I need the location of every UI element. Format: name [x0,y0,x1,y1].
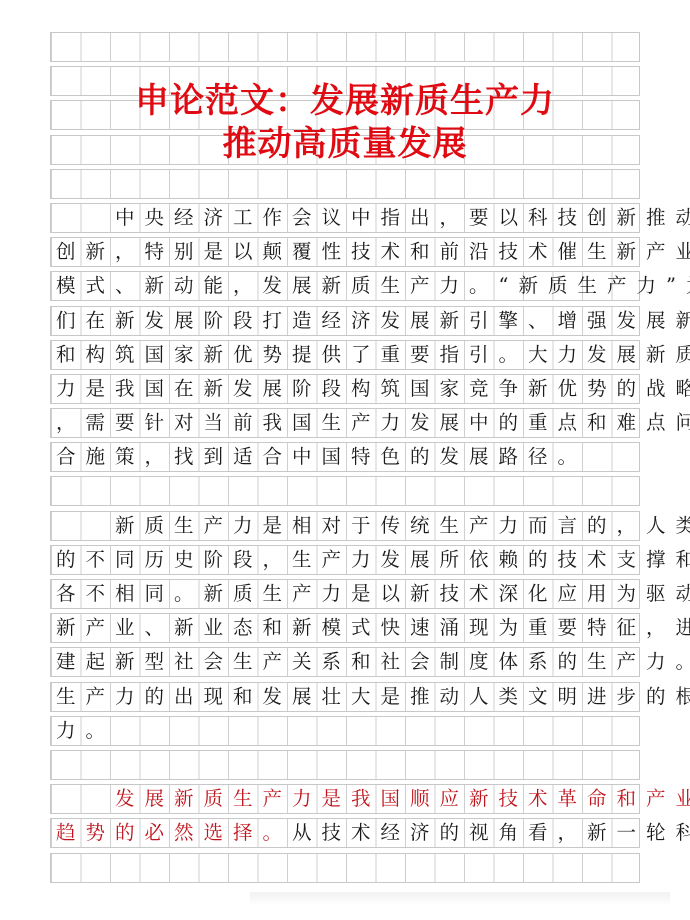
row-text [51,477,56,505]
paragraph-3-line: 发展新质生产力是我国顺应新技术革命和产业变革 [50,784,640,814]
row-text: 中央经济工作会议中指出，要以科技创新推动产业 [51,204,690,232]
title-line-2: 推动高质量发展 [0,123,690,165]
row-text: 新产业、新业态和新模式快速涌现为重要特征，进而构 [51,614,690,642]
title-line-1: 申论范文：发展新质生产力 [0,80,690,122]
grid-row [50,169,640,199]
paragraph-1-line: 创新，特别是以颠覆性技术和前沿技术催生新产业、新 [50,237,640,267]
paragraph-1-line: ，需要针对当前我国生产力发展中的重点和难点问题综 [50,408,640,438]
paragraph-2-line: 力。 [50,716,640,746]
row-text: 的不同历史阶段，生产力发展所依赖的技术支撑和工具 [51,546,690,574]
grid-row [50,853,640,883]
paragraph-2-line: 新质生产力是相对于传统生产力而言的，人类社会 [50,511,640,541]
highlighted-text: 趋势的必然选择。 [56,821,292,844]
grid-row [50,476,640,506]
paragraph-1-line: 们在新发展阶段打造经济发展新引擎、增强发展新动能 [50,306,640,336]
paragraph-1-line: 模式、新动能，发展新质生产力。“新质生产力”为我 [50,271,640,301]
paragraph-2-line: 新产业、新业态和新模式快速涌现为重要特征，进而构 [50,613,640,643]
row-text [51,170,56,198]
row-text: 模式、新动能，发展新质生产力。“新质生产力”为我 [51,272,690,300]
paragraph-1-line: 合施策，找到适合中国特色的发展路径。 [50,442,640,472]
paragraph-2-line: 建起新型社会生产关系和社会制度体系的生产力。新质 [50,647,640,677]
row-text: 各不相同。新质生产力是以新技术深化应用为驱动，以 [51,580,690,608]
paragraph-2-line: 的不同历史阶段，生产力发展所依赖的技术支撑和工具 [50,545,640,575]
grid-row [50,750,640,780]
highlighted-text: 发展新质生产力是我国顺应新技术革命和产业变革 [51,785,690,813]
row-text [51,33,56,61]
row-text: 和构筑国家新优势提供了重要指引。大力发展新质生产 [51,341,690,369]
row-text: 力。 [51,717,115,745]
grid-row [50,32,640,62]
body-text: 从技术经济的视角看，新一轮科技和 [292,821,690,844]
row-text [51,854,56,882]
paragraph-3-line: 趋势的必然选择。从技术经济的视角看，新一轮科技和 [50,818,640,848]
page-curl-shadow [250,892,670,906]
row-text: 新质生产力是相对于传统生产力而言的，人类社会 [51,512,690,540]
row-text: 合施策，找到适合中国特色的发展路径。 [51,443,587,471]
paragraph-2-line: 生产力的出现和发展壮大是推动人类文明进步的根本动 [50,682,640,712]
mixed-line: 趋势的必然选择。从技术经济的视角看，新一轮科技和 [51,819,690,847]
paragraph-2-line: 各不相同。新质生产力是以新技术深化应用为驱动，以 [50,579,640,609]
row-text: 创新，特别是以颠覆性技术和前沿技术催生新产业、新 [51,238,690,266]
row-text: 力是我国在新发展阶段构筑国家竞争新优势的战略选择 [51,375,690,403]
row-text: 们在新发展阶段打造经济发展新引擎、增强发展新动能 [51,307,690,335]
paragraph-1-line: 和构筑国家新优势提供了重要指引。大力发展新质生产 [50,340,640,370]
paragraph-1-line: 力是我国在新发展阶段构筑国家竞争新优势的战略选择 [50,374,640,404]
row-text: ，需要针对当前我国生产力发展中的重点和难点问题综 [51,409,690,437]
paragraph-1-line: 中央经济工作会议中指出，要以科技创新推动产业 [50,203,640,233]
row-text: 生产力的出现和发展壮大是推动人类文明进步的根本动 [51,683,690,711]
row-text [51,751,56,779]
row-text: 建起新型社会生产关系和社会制度体系的生产力。新质 [51,648,690,676]
